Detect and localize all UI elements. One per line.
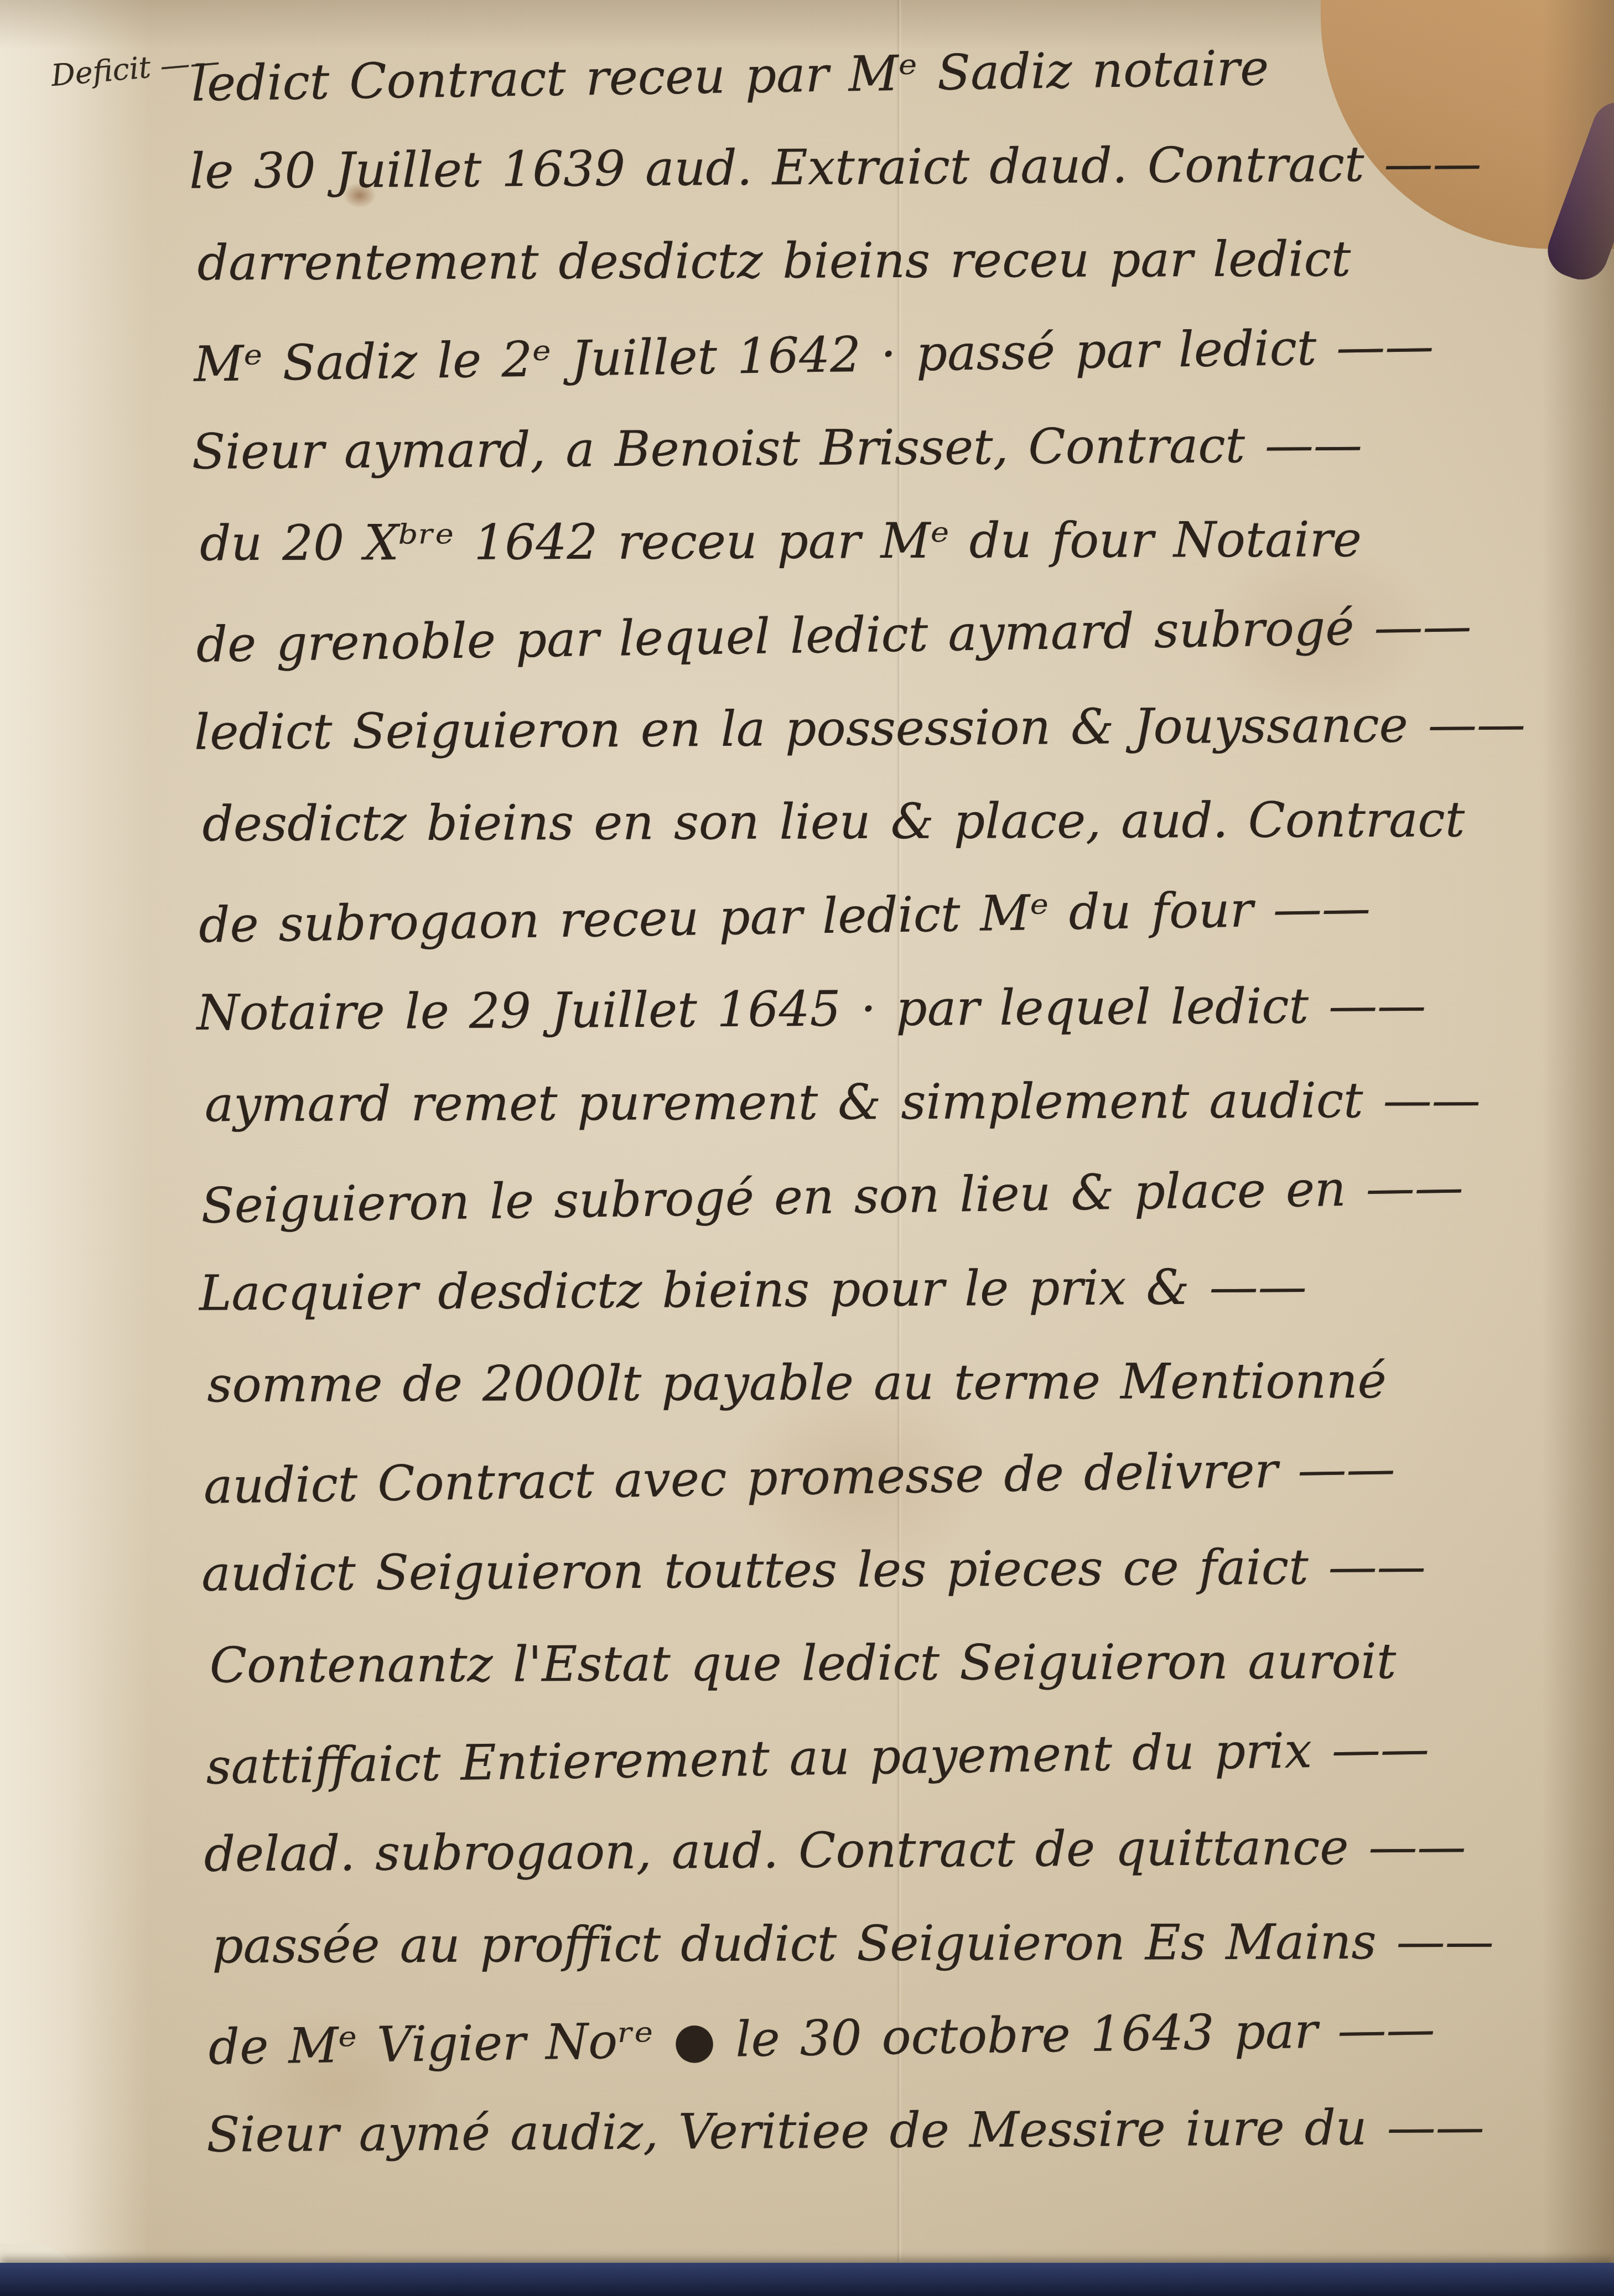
manuscript-line: sattiffaict Entierement au payement du p… [205, 1699, 1601, 1813]
manuscript-line: Lacquier desdictz bieins pour le prix & … [199, 1238, 1594, 1339]
manuscript-line: aymard remet purement & simplement audic… [205, 1053, 1600, 1151]
manuscript-line: ledict Seiguieron en la possession & Jou… [194, 677, 1589, 778]
manuscript-line: de grenoble par lequel ledict aymard sub… [196, 577, 1591, 691]
page-left-edge [0, 0, 149, 2296]
manuscript-line: delad. subrogaon, aud. Contract de quitt… [204, 1799, 1599, 1900]
manuscript-line: ledict Contract receu par Mᵉ Sadiz notai… [191, 16, 1586, 130]
manuscript-line: darrentement desdictz bieins receu par l… [197, 211, 1592, 310]
manuscript-line: de subrogaon receu par ledict Mᵉ du four… [198, 858, 1594, 972]
manuscript-line: audict Contract avec promesse de delivre… [203, 1419, 1599, 1533]
manuscript-photo: Deficit —— ledict Contract receu par Mᵉ … [0, 0, 1614, 2296]
manuscript-line: Sieur aymé audiz, Veritiee de Messire iu… [206, 2079, 1601, 2181]
manuscript-line: de Mᵉ Vigier Noʳᵉ ● le 30 octobre 1643 p… [208, 1980, 1603, 2094]
manuscript-line: le 30 Juillet 1639 aud. Extraict daud. C… [189, 116, 1584, 217]
manuscript-line: somme de 2000lt payable au terme Mention… [207, 1333, 1602, 1432]
manuscript-line: desdictz bieins en son lieu & place, aud… [202, 772, 1597, 871]
manuscript-line: Sieur aymard, a Benoist Brisset, Contrac… [191, 396, 1586, 498]
manuscript-line: Seiguieron le subrogé en son lieu & plac… [200, 1138, 1596, 1252]
manuscript-line: du 20 Xᵇʳᵉ 1642 receu par Mᵉ du four Not… [200, 492, 1595, 590]
table-edge-band [0, 2263, 1614, 2296]
manuscript-line: Contenantz l'Estat que ledict Seiguieron… [210, 1614, 1605, 1712]
manuscript-line: Notaire le 29 Juillet 1645 · par lequel … [196, 957, 1591, 1059]
manuscript-line: Mᵉ Sadiz le 2ᵉ Juillet 1642 · passé par … [193, 297, 1589, 411]
manuscript-line: audict Seiguieron touttes les pieces ce … [201, 1518, 1596, 1620]
manuscript-text-block: ledict Contract receu par Mᵉ Sadiz notai… [191, 20, 1604, 2183]
manuscript-line: passée au proffict dudict Seiguieron Es … [212, 1894, 1607, 1993]
